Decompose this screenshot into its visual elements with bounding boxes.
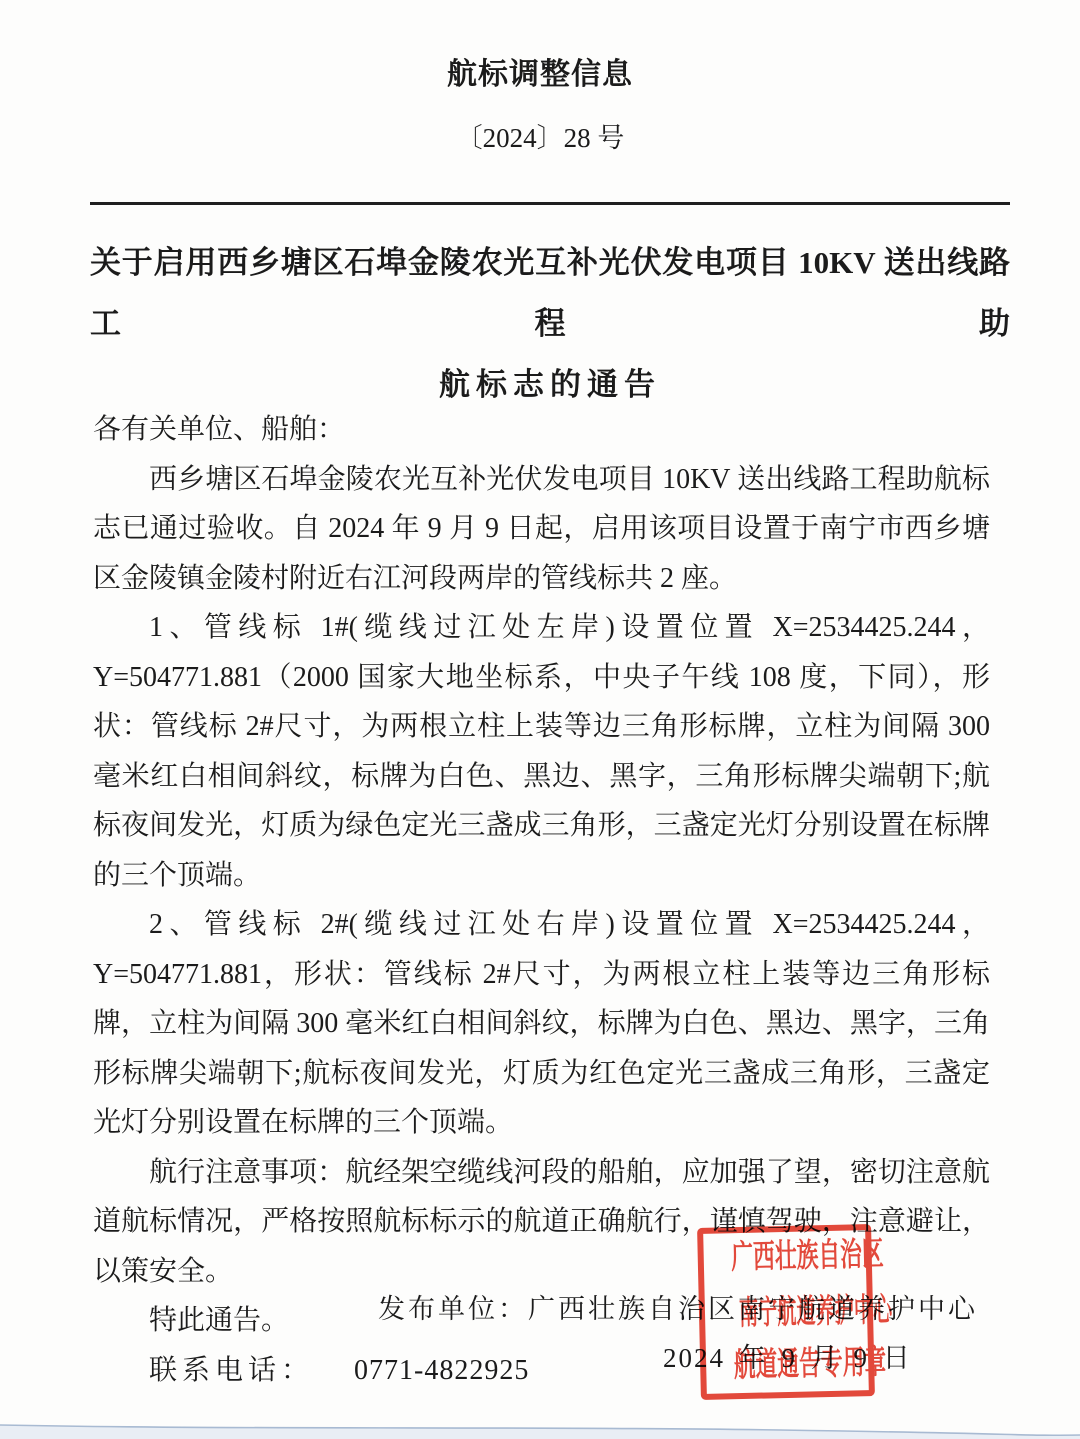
document-page: 航标调整信息 〔2024〕28 号 关于启用西乡塘区石埠金陵农光互补光伏发电项目…: [0, 0, 1080, 1439]
notice-subject: 关于启用西乡塘区石埠金陵农光互补光伏发电项目 10KV 送出线路工程助 航标志的…: [90, 232, 1010, 415]
issuer-label: 发布单位：: [378, 1294, 528, 1324]
paragraph-mark-2: 2、管线标 2#(缆线过江处右岸)设置位置 X=2534425.244， Y=5…: [93, 900, 990, 1148]
doc-title: 航标调整信息: [0, 49, 1080, 93]
official-stamp: 广西壮族自治区 南宁航道养护中心 航道通告专用章: [697, 1224, 875, 1400]
contact-label: 联系电话：: [149, 1355, 314, 1386]
doc-number: 〔2024〕28 号: [0, 116, 1080, 155]
contact-phone: 0771-4822925: [354, 1355, 529, 1386]
salutation: 各有关单位、船舶：: [93, 405, 990, 455]
stamp-line-region: 广西壮族自治区: [731, 1235, 839, 1279]
scan-page-edge: [0, 1419, 1080, 1439]
paragraph-intro: 西乡塘区石埠金陵农光互补光伏发电项目 10KV 送出线路工程助航标志已通过验收。…: [93, 455, 990, 604]
paragraph-mark-1: 1、管线标 1#(缆线过江处左岸)设置位置 X=2534425.244， Y=5…: [93, 603, 990, 900]
stamp-line-organization: 南宁航道养护中心: [739, 1291, 834, 1335]
stamp-line-seal-type: 航道通告专用章: [733, 1343, 841, 1387]
header-divider: [90, 202, 1010, 205]
notice-subject-line1: 关于启用西乡塘区石埠金陵农光互补光伏发电项目 10KV 送出线路工程助: [90, 232, 1010, 354]
